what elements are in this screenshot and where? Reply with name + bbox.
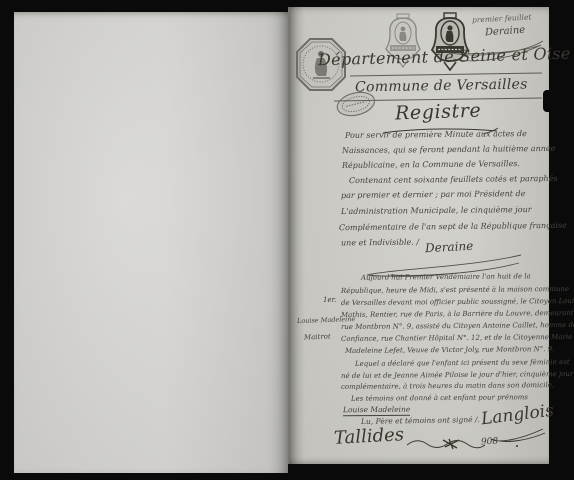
- act-line: République, heure de Midi, s'est présent…: [341, 286, 569, 295]
- declaration-line: Lequel a déclaré que l'enfant ici présen…: [355, 359, 570, 368]
- certification-line: Complémentaire de l'an sept de la Républ…: [339, 222, 567, 232]
- margin-name-line2: Maitrot: [304, 334, 331, 342]
- closing-mention: Lu, Père et témoins ont signé /.: [361, 416, 480, 426]
- officer-signature: Langlois: [480, 403, 555, 429]
- margin-act-number: 1er.: [323, 297, 336, 304]
- act-line: Madeleine Lefet, Veuve de Victor Joly, r…: [345, 346, 554, 355]
- blank-verso-page: [14, 12, 288, 473]
- act-line: Aujourd'hui Premier Vendémiaire l'an hui…: [361, 273, 531, 281]
- act-line: Confiance, rue Chantier Hôpital N°. 12, …: [341, 334, 572, 343]
- certification-line: Contenant cent soixante feuillets cotés …: [349, 175, 558, 185]
- page-edge-notch: [543, 90, 559, 112]
- certification-line: une et Indivisible. /: [341, 239, 419, 248]
- intro-line: Naissances, qui se feront pendant la hui…: [342, 145, 555, 155]
- declaration-line: complémentaire, à trois heures du matin …: [341, 382, 554, 391]
- act-line: Mathis, Rentier, rue de Paris, à la Barr…: [341, 310, 574, 319]
- naming-mention: Les témoins ont donné à cet enfant pour …: [351, 394, 528, 403]
- intro-line: Pour servir de première Minute aux actes…: [345, 130, 527, 140]
- act-line: de Versailles devant moi officier public…: [341, 298, 574, 307]
- corner-folio-note: premier feuillet: [472, 13, 532, 24]
- scanned-register-spread: premier feuillet Deraine Département de …: [0, 0, 574, 480]
- register-title-page: premier feuillet Deraine Département de …: [288, 7, 549, 464]
- intro-line: Républicaine, en la Commune de Versaille…: [342, 160, 520, 170]
- witness-signature: Tallides: [334, 426, 405, 448]
- act-line: rue Montbron N°. 9, assisté du Citoyen A…: [341, 322, 574, 331]
- certification-line: par premier et dernier ; par moi Préside…: [341, 190, 525, 200]
- folio-mark: 908: [481, 438, 499, 448]
- declaration-line: né de lui et de Jeanne Aimée Piloise le …: [341, 371, 573, 380]
- certification-line: L'administration Municipale, le cinquièm…: [341, 206, 532, 216]
- register-title: Registre: [395, 101, 482, 123]
- commune-header: Commune de Versailles: [355, 77, 528, 94]
- witness-signature-flourish: [407, 435, 487, 453]
- child-name: Louise Madeleine: [343, 406, 410, 416]
